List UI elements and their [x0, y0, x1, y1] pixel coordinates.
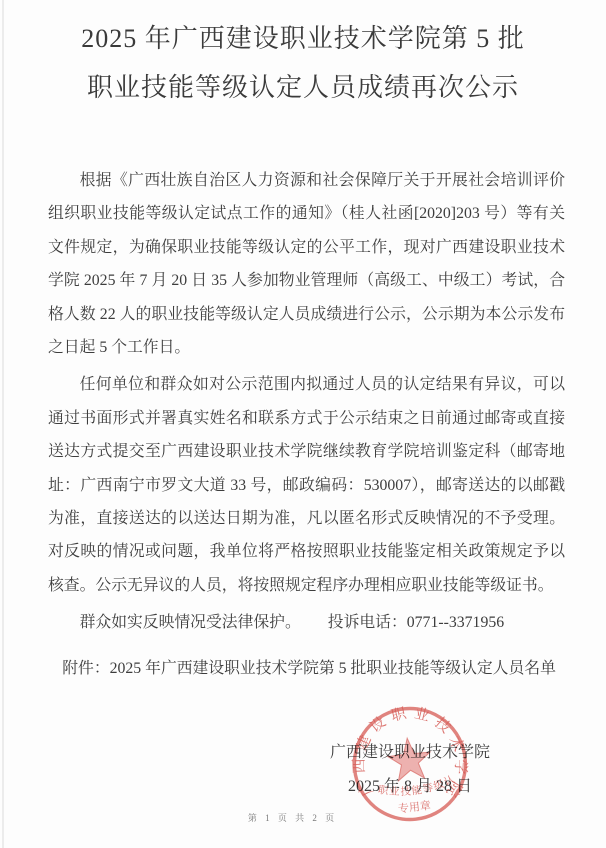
paragraph-objection-procedure: 任何单位和群众如对公示范围内拟通过人员的认定结果有异议，可以通过书面形式并署真实… — [48, 368, 565, 602]
title-line-2: 职业技能等级认定人员成绩再次公示 — [0, 63, 606, 112]
complaint-phone-text: 投诉电话：0771--3371956 — [328, 614, 504, 631]
document-body: 根据《广西壮族自治区人力资源和社会保障厅关于开展社会培训评价组织职业技能等级认定… — [48, 164, 565, 685]
paragraph-basis: 根据《广西壮族自治区人力资源和社会保障厅关于开展社会培训评价组织职业技能等级认定… — [48, 164, 565, 364]
page-footer: 第 1 页 共 2 页 — [0, 811, 585, 824]
title-line-1: 2025 年广西建设职业技术学院第 5 批 — [0, 14, 606, 63]
paragraph-attachment: 附件：2025 年广西建设职业技术学院第 5 批职业技能等级认定人员名单 — [48, 652, 565, 685]
seal-star-icon — [386, 736, 433, 782]
document-page: 2025 年广西建设职业技术学院第 5 批 职业技能等级认定人员成绩再次公示 根… — [0, 0, 606, 848]
legal-protection-text: 群众如实反映情况受法律保护。 — [80, 614, 301, 631]
document-title: 2025 年广西建设职业技术学院第 5 批 职业技能等级认定人员成绩再次公示 — [0, 14, 606, 112]
scan-edge-artifact — [2, 0, 4, 848]
paragraph-legal-protection: 群众如实反映情况受法律保护。投诉电话：0771--3371956 — [48, 606, 565, 639]
